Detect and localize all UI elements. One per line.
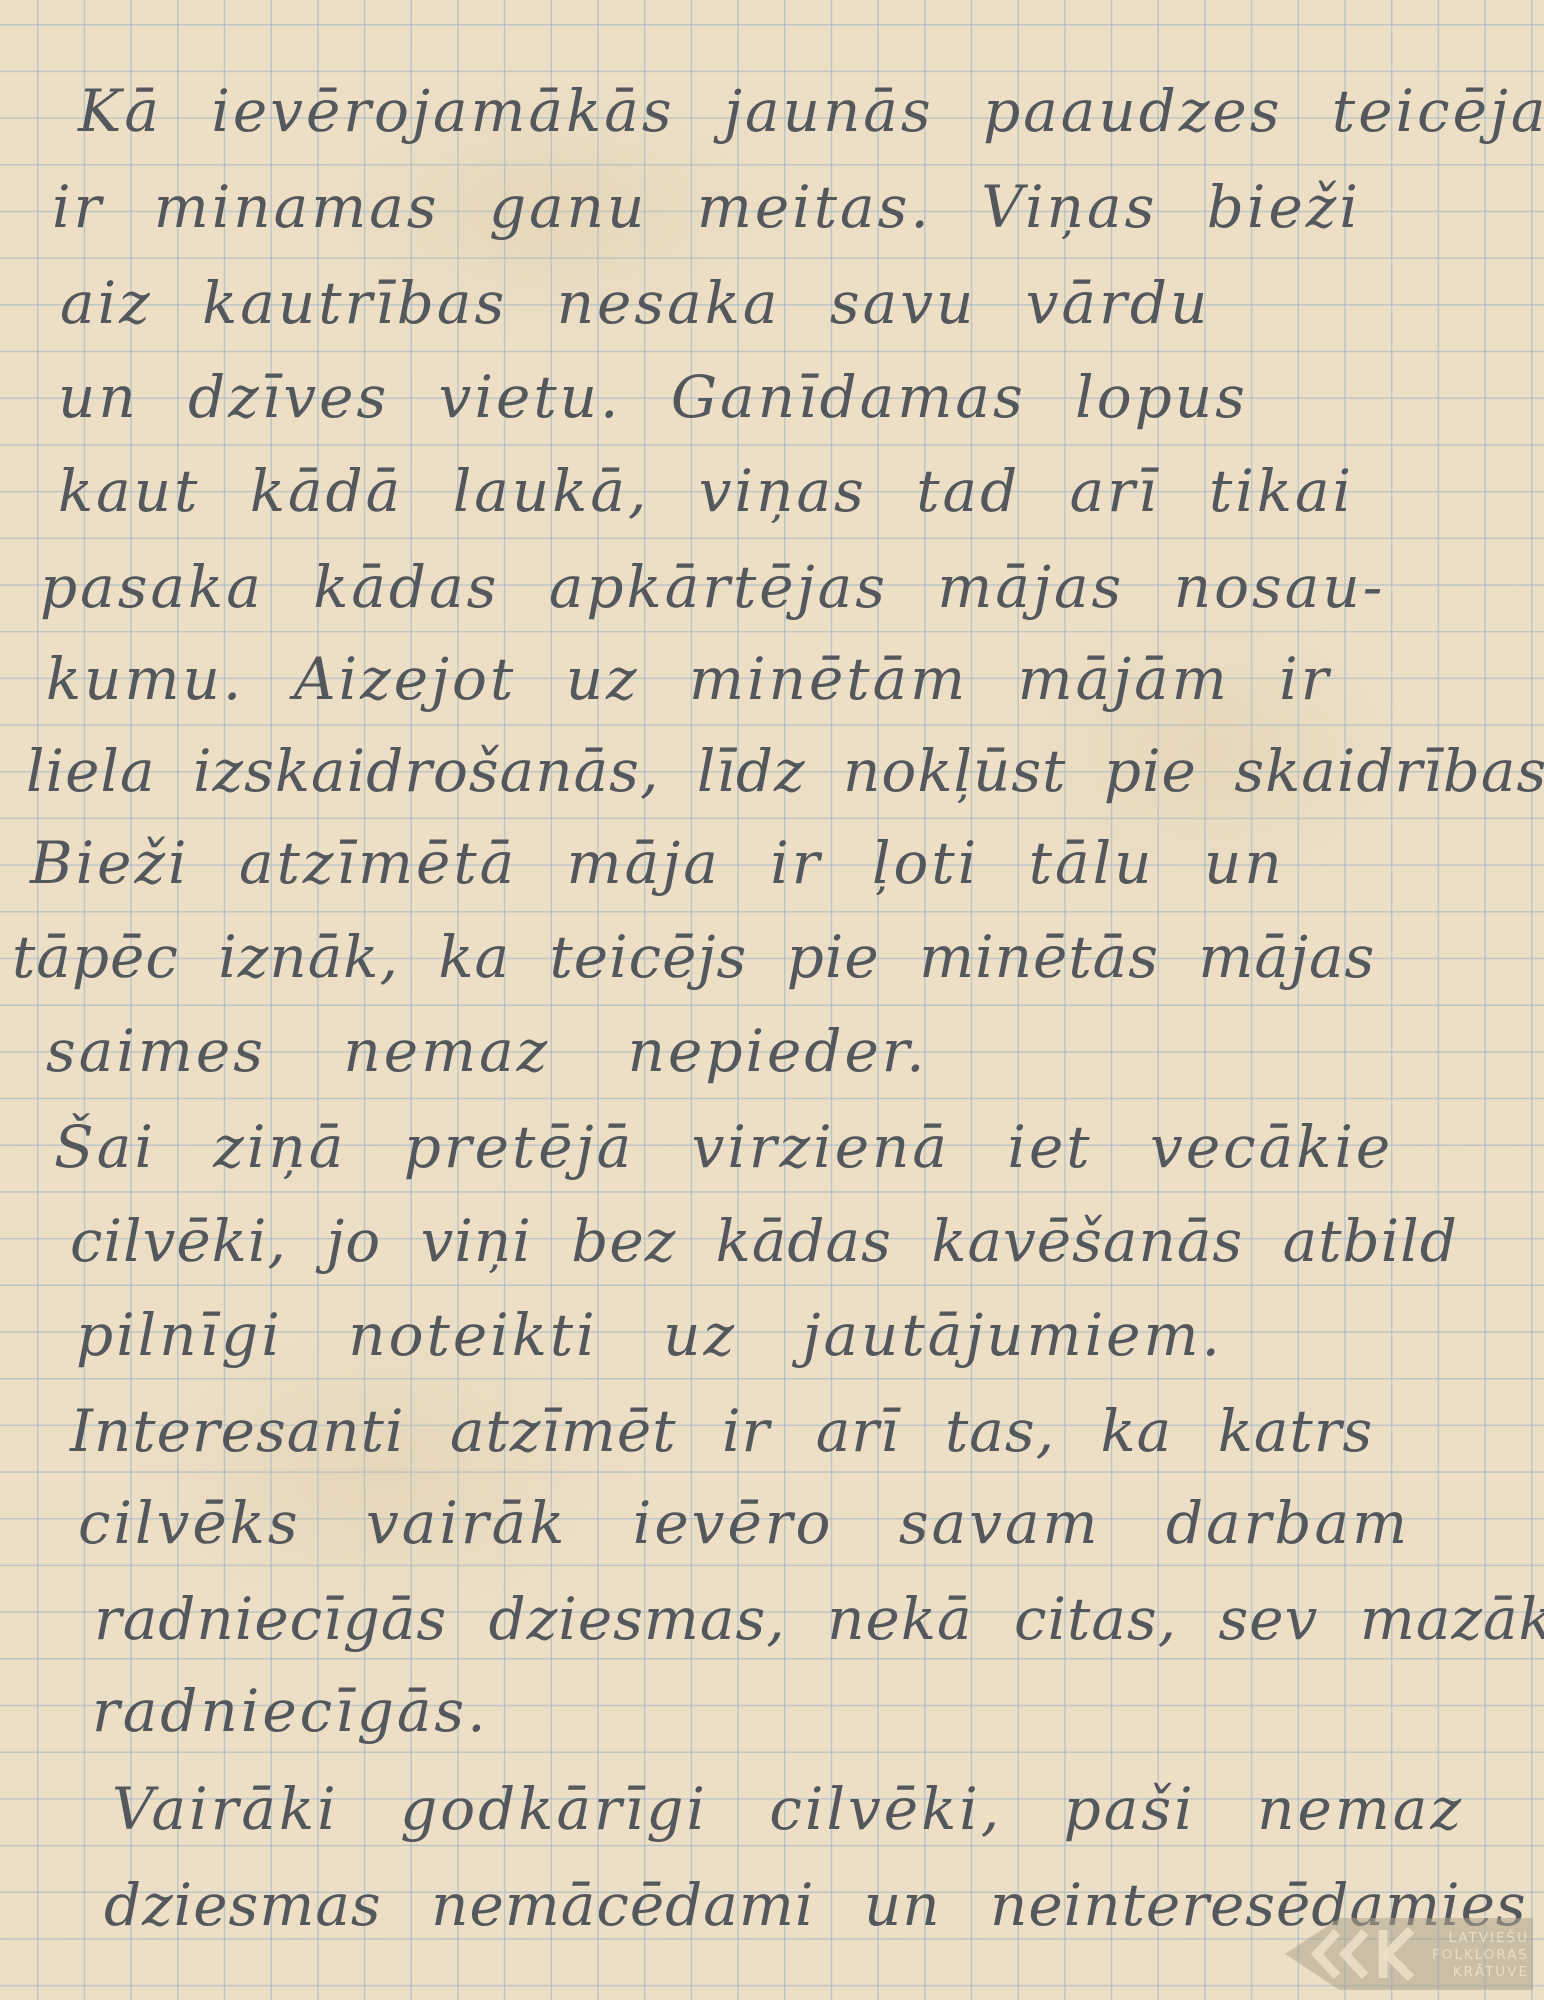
manuscript-line: aiz kautrības nesaka savu vārdu bbox=[60, 274, 1210, 332]
watermark-line: KRĀTUVE bbox=[1413, 1964, 1529, 1981]
handwritten-text-block: Kā ievērojamākās jaunās paaudzes teicēja… bbox=[0, 0, 1544, 2000]
manuscript-line: pasaka kādas apkārtējas mājas nosau- bbox=[40, 558, 1385, 616]
manuscript-line: Šai ziņā pretējā virzienā iet vecākie bbox=[54, 1118, 1393, 1176]
manuscript-line: Bieži atzīmētā māja ir ļoti tālu un bbox=[30, 834, 1285, 892]
watermark-text: LATVIEŠU FOLKLORAS KRĀTUVE bbox=[1413, 1930, 1529, 1981]
manuscript-line: Kā ievērojamākās jaunās paaudzes teicēja… bbox=[78, 82, 1544, 140]
manuscript-line: Interesanti atzīmēt ir arī tas, ka katrs bbox=[70, 1402, 1373, 1460]
manuscript-line: cilvēks vairāk ievēro savam darbam bbox=[78, 1494, 1410, 1552]
watermark-line: FOLKLORAS bbox=[1413, 1947, 1529, 1964]
manuscript-line: tāpēc iznāk, ka teicējs pie minētās māja… bbox=[12, 928, 1375, 986]
manuscript-line: kumu. Aizejot uz minētām mājām ir bbox=[46, 650, 1331, 708]
manuscript-line: cilvēki, jo viņi bez kādas kavēšanās atb… bbox=[70, 1212, 1458, 1270]
manuscript-line: Vairāki godkārīgi cilvēki, paši nemaz bbox=[112, 1780, 1464, 1838]
manuscript-line: saimes nemaz nepieder. bbox=[46, 1022, 928, 1080]
archive-watermark: LATVIEŠU FOLKLORAS KRĀTUVE bbox=[1285, 1918, 1533, 1990]
watermark-line: LATVIEŠU bbox=[1413, 1930, 1529, 1947]
manuscript-line: pilnīgi noteikti uz jautājumiem. bbox=[76, 1306, 1223, 1364]
lfk-chevron-k-logo-icon bbox=[1307, 1924, 1417, 1984]
manuscript-line: un dzīves vietu. Ganīdamas lopus bbox=[58, 368, 1248, 426]
manuscript-line: radniecīgās dziesmas, nekā citas, sev ma… bbox=[94, 1590, 1544, 1648]
manuscript-line: liela izskaidrošanās, līdz nokļūst pie s… bbox=[26, 742, 1544, 800]
manuscript-line: kaut kādā laukā, viņas tad arī tikai bbox=[58, 462, 1354, 520]
manuscript-line: radniecīgās. bbox=[92, 1682, 489, 1740]
manuscript-line: ir minamas ganu meitas. Viņas bieži bbox=[52, 178, 1361, 236]
